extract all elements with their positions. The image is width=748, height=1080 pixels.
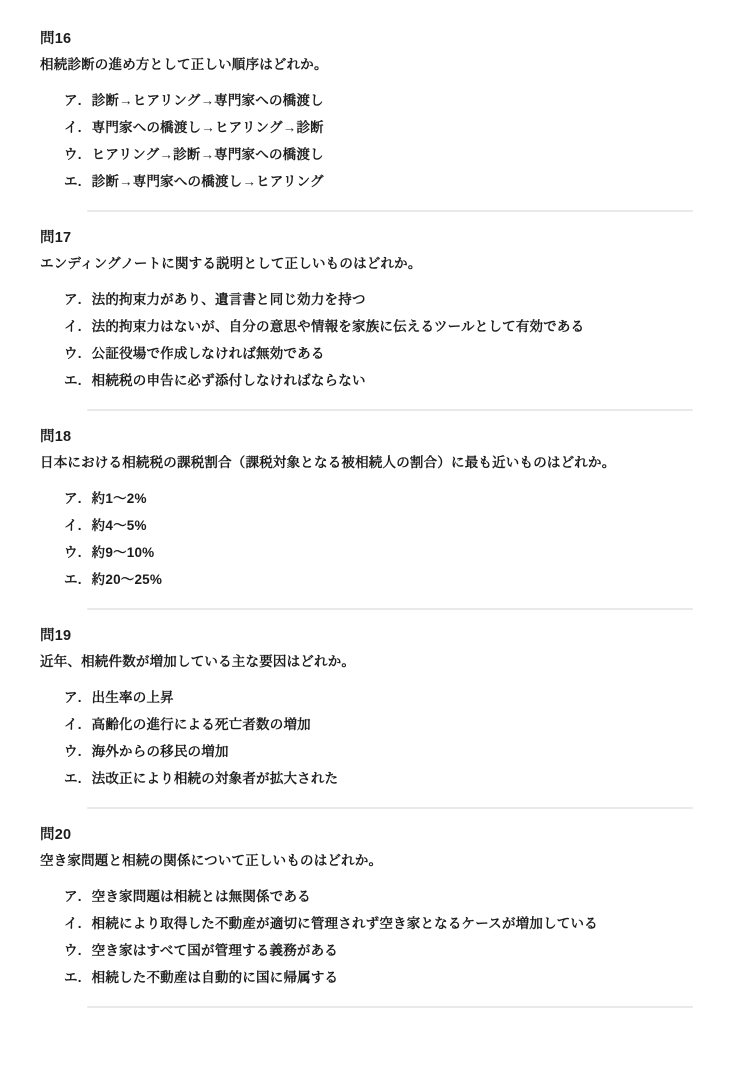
- options-list: ア. 診断→ヒアリング→専門家への橋渡し イ. 専門家への橋渡し→ヒアリング→診…: [64, 92, 693, 191]
- option-label: ウ.: [64, 544, 82, 562]
- option-label: イ.: [64, 318, 82, 336]
- option-text: 約4～5%: [92, 517, 693, 535]
- question-text: 相続診断の進め方として正しい順序はどれか。: [40, 56, 693, 74]
- option-text: 専門家への橋渡し→ヒアリング→診断: [92, 119, 693, 137]
- option-label: イ.: [64, 915, 82, 933]
- option-label: エ.: [64, 173, 82, 191]
- option-e: エ. 診断→専門家への橋渡し→ヒアリング: [64, 173, 693, 191]
- question-text: 日本における相続税の課税割合（課税対象となる被相続人の割合）に最も近いものはどれ…: [40, 454, 693, 472]
- option-text: 高齢化の進行による死亡者数の増加: [92, 716, 693, 734]
- option-u: ウ. 公証役場で作成しなければ無効である: [64, 345, 693, 363]
- option-e: エ. 約20～25%: [64, 571, 693, 589]
- question-block-16: 問16 相続診断の進め方として正しい順序はどれか。 ア. 診断→ヒアリング→専門…: [40, 30, 693, 212]
- option-text: 診断→専門家への橋渡し→ヒアリング: [92, 173, 693, 191]
- option-text: 相続により取得した不動産が適切に管理されず空き家となるケースが増加している: [92, 915, 693, 933]
- option-text: 出生率の上昇: [92, 689, 693, 707]
- option-label: ウ.: [64, 345, 82, 363]
- option-text: 空き家問題は相続とは無関係である: [92, 888, 693, 906]
- option-label: イ.: [64, 716, 82, 734]
- option-label: ウ.: [64, 743, 82, 761]
- option-text: 法的拘束力があり、遺言書と同じ効力を持つ: [92, 291, 693, 309]
- option-label: ウ.: [64, 942, 82, 960]
- option-u: ウ. 空き家はすべて国が管理する義務がある: [64, 942, 693, 960]
- option-text: 法改正により相続の対象者が拡大された: [92, 770, 693, 788]
- question-block-20: 問20 空き家問題と相続の関係について正しいものはどれか。 ア. 空き家問題は相…: [40, 809, 693, 1008]
- option-label: エ.: [64, 770, 82, 788]
- option-text: 約9～10%: [92, 544, 693, 562]
- option-a: ア. 約1～2%: [64, 490, 693, 508]
- question-number: 問18: [40, 428, 693, 446]
- question-number: 問20: [40, 826, 693, 844]
- options-list: ア. 空き家問題は相続とは無関係である イ. 相続により取得した不動産が適切に管…: [64, 888, 693, 987]
- question-number: 問17: [40, 229, 693, 247]
- option-e: エ. 法改正により相続の対象者が拡大された: [64, 770, 693, 788]
- option-a: ア. 法的拘束力があり、遺言書と同じ効力を持つ: [64, 291, 693, 309]
- question-block-19: 問19 近年、相続件数が増加している主な要因はどれか。 ア. 出生率の上昇 イ.…: [40, 610, 693, 809]
- option-label: ア.: [64, 490, 82, 508]
- options-list: ア. 約1～2% イ. 約4～5% ウ. 約9～10% エ. 約20～25%: [64, 490, 693, 589]
- option-u: ウ. 海外からの移民の増加: [64, 743, 693, 761]
- option-text: 約20～25%: [92, 571, 693, 589]
- option-label: ア.: [64, 291, 82, 309]
- option-i: イ. 高齢化の進行による死亡者数の増加: [64, 716, 693, 734]
- question-number: 問16: [40, 30, 693, 48]
- option-text: 相続税の申告に必ず添付しなければならない: [92, 372, 693, 390]
- quiz-document-page: 問16 相続診断の進め方として正しい順序はどれか。 ア. 診断→ヒアリング→専門…: [0, 0, 748, 1080]
- option-text: 空き家はすべて国が管理する義務がある: [92, 942, 693, 960]
- option-text: 約1～2%: [92, 490, 693, 508]
- option-i: イ. 法的拘束力はないが、自分の意思や情報を家族に伝えるツールとして有効である: [64, 318, 693, 336]
- question-block-17: 問17 エンディングノートに関する説明として正しいものはどれか。 ア. 法的拘束…: [40, 212, 693, 411]
- option-text: 診断→ヒアリング→専門家への橋渡し: [92, 92, 693, 110]
- option-i: イ. 相続により取得した不動産が適切に管理されず空き家となるケースが増加している: [64, 915, 693, 933]
- option-text: 公証役場で作成しなければ無効である: [92, 345, 693, 363]
- option-u: ウ. 約9～10%: [64, 544, 693, 562]
- option-e: エ. 相続した不動産は自動的に国に帰属する: [64, 969, 693, 987]
- option-a: ア. 出生率の上昇: [64, 689, 693, 707]
- question-divider: [87, 1006, 693, 1008]
- option-text: ヒアリング→診断→専門家への橋渡し: [92, 146, 693, 164]
- option-label: イ.: [64, 517, 82, 535]
- option-label: イ.: [64, 119, 82, 137]
- options-list: ア. 出生率の上昇 イ. 高齢化の進行による死亡者数の増加 ウ. 海外からの移民…: [64, 689, 693, 788]
- option-a: ア. 空き家問題は相続とは無関係である: [64, 888, 693, 906]
- option-u: ウ. ヒアリング→診断→専門家への橋渡し: [64, 146, 693, 164]
- question-text: 近年、相続件数が増加している主な要因はどれか。: [40, 653, 693, 671]
- option-label: エ.: [64, 571, 82, 589]
- question-text: 空き家問題と相続の関係について正しいものはどれか。: [40, 852, 693, 870]
- option-label: ア.: [64, 689, 82, 707]
- option-label: エ.: [64, 969, 82, 987]
- option-label: ア.: [64, 92, 82, 110]
- option-i: イ. 約4～5%: [64, 517, 693, 535]
- option-text: 法的拘束力はないが、自分の意思や情報を家族に伝えるツールとして有効である: [92, 318, 693, 336]
- option-a: ア. 診断→ヒアリング→専門家への橋渡し: [64, 92, 693, 110]
- options-list: ア. 法的拘束力があり、遺言書と同じ効力を持つ イ. 法的拘束力はないが、自分の…: [64, 291, 693, 390]
- option-i: イ. 専門家への橋渡し→ヒアリング→診断: [64, 119, 693, 137]
- option-e: エ. 相続税の申告に必ず添付しなければならない: [64, 372, 693, 390]
- option-label: エ.: [64, 372, 82, 390]
- option-label: ア.: [64, 888, 82, 906]
- option-text: 海外からの移民の増加: [92, 743, 693, 761]
- question-block-18: 問18 日本における相続税の課税割合（課税対象となる被相続人の割合）に最も近いも…: [40, 411, 693, 610]
- option-text: 相続した不動産は自動的に国に帰属する: [92, 969, 693, 987]
- question-text: エンディングノートに関する説明として正しいものはどれか。: [40, 255, 693, 273]
- question-number: 問19: [40, 627, 693, 645]
- option-label: ウ.: [64, 146, 82, 164]
